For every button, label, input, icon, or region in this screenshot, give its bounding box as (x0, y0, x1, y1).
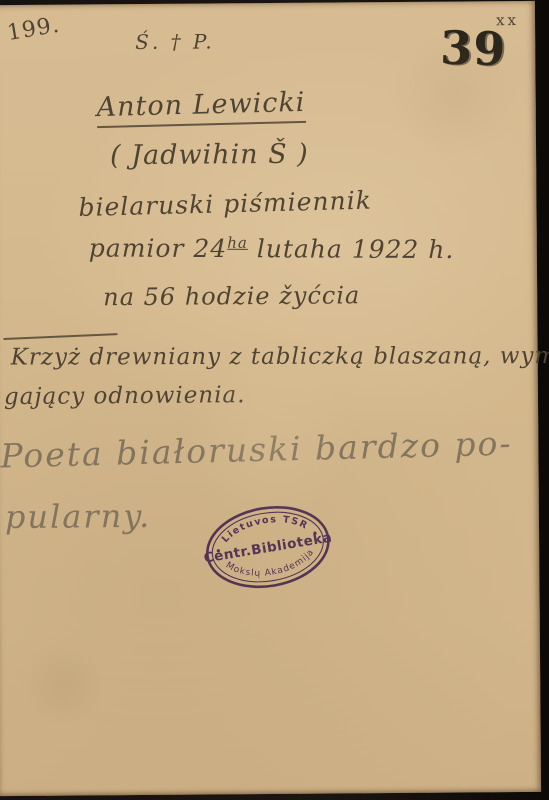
death-date-superscript: ha (227, 234, 248, 252)
memorial-abbreviation: Ś. † P. (135, 31, 215, 52)
grave-note-line1: Krzyż drewniany z tabliczką blaszaną, wy… (11, 345, 549, 369)
death-date-suffix: lutaha 1922 h. (248, 234, 455, 264)
folio-number: 39 (440, 24, 507, 72)
pencil-note-line1: Poeta białoruski bardzo po- (0, 427, 513, 473)
death-date-line: pamior 24ha lutaha 1922 h. (89, 235, 455, 262)
person-pseudonym: ( Jadwihin Š ) (110, 141, 309, 170)
divider-line (4, 333, 118, 340)
descriptor-line: bielaruski piśmiennik (78, 188, 372, 220)
pencil-note-line2: pularny. (5, 500, 152, 533)
library-stamp: • Lietuvos TSR • Centr.Biblioteka Mokslų… (174, 476, 361, 622)
age-line: na 56 hodzie žyćcia (103, 283, 360, 309)
grave-note-line2: gający odnowienia. (4, 384, 246, 409)
catalog-number: 199. (6, 15, 62, 45)
person-name: Anton Lewicki (96, 89, 306, 128)
photograph-background: 199. xx Ś. † P. 39 Anton Lewicki ( Jadwi… (0, 0, 549, 800)
death-date-prefix: pamior 24 (89, 233, 228, 263)
index-card: 199. xx Ś. † P. 39 Anton Lewicki ( Jadwi… (0, 1, 541, 796)
